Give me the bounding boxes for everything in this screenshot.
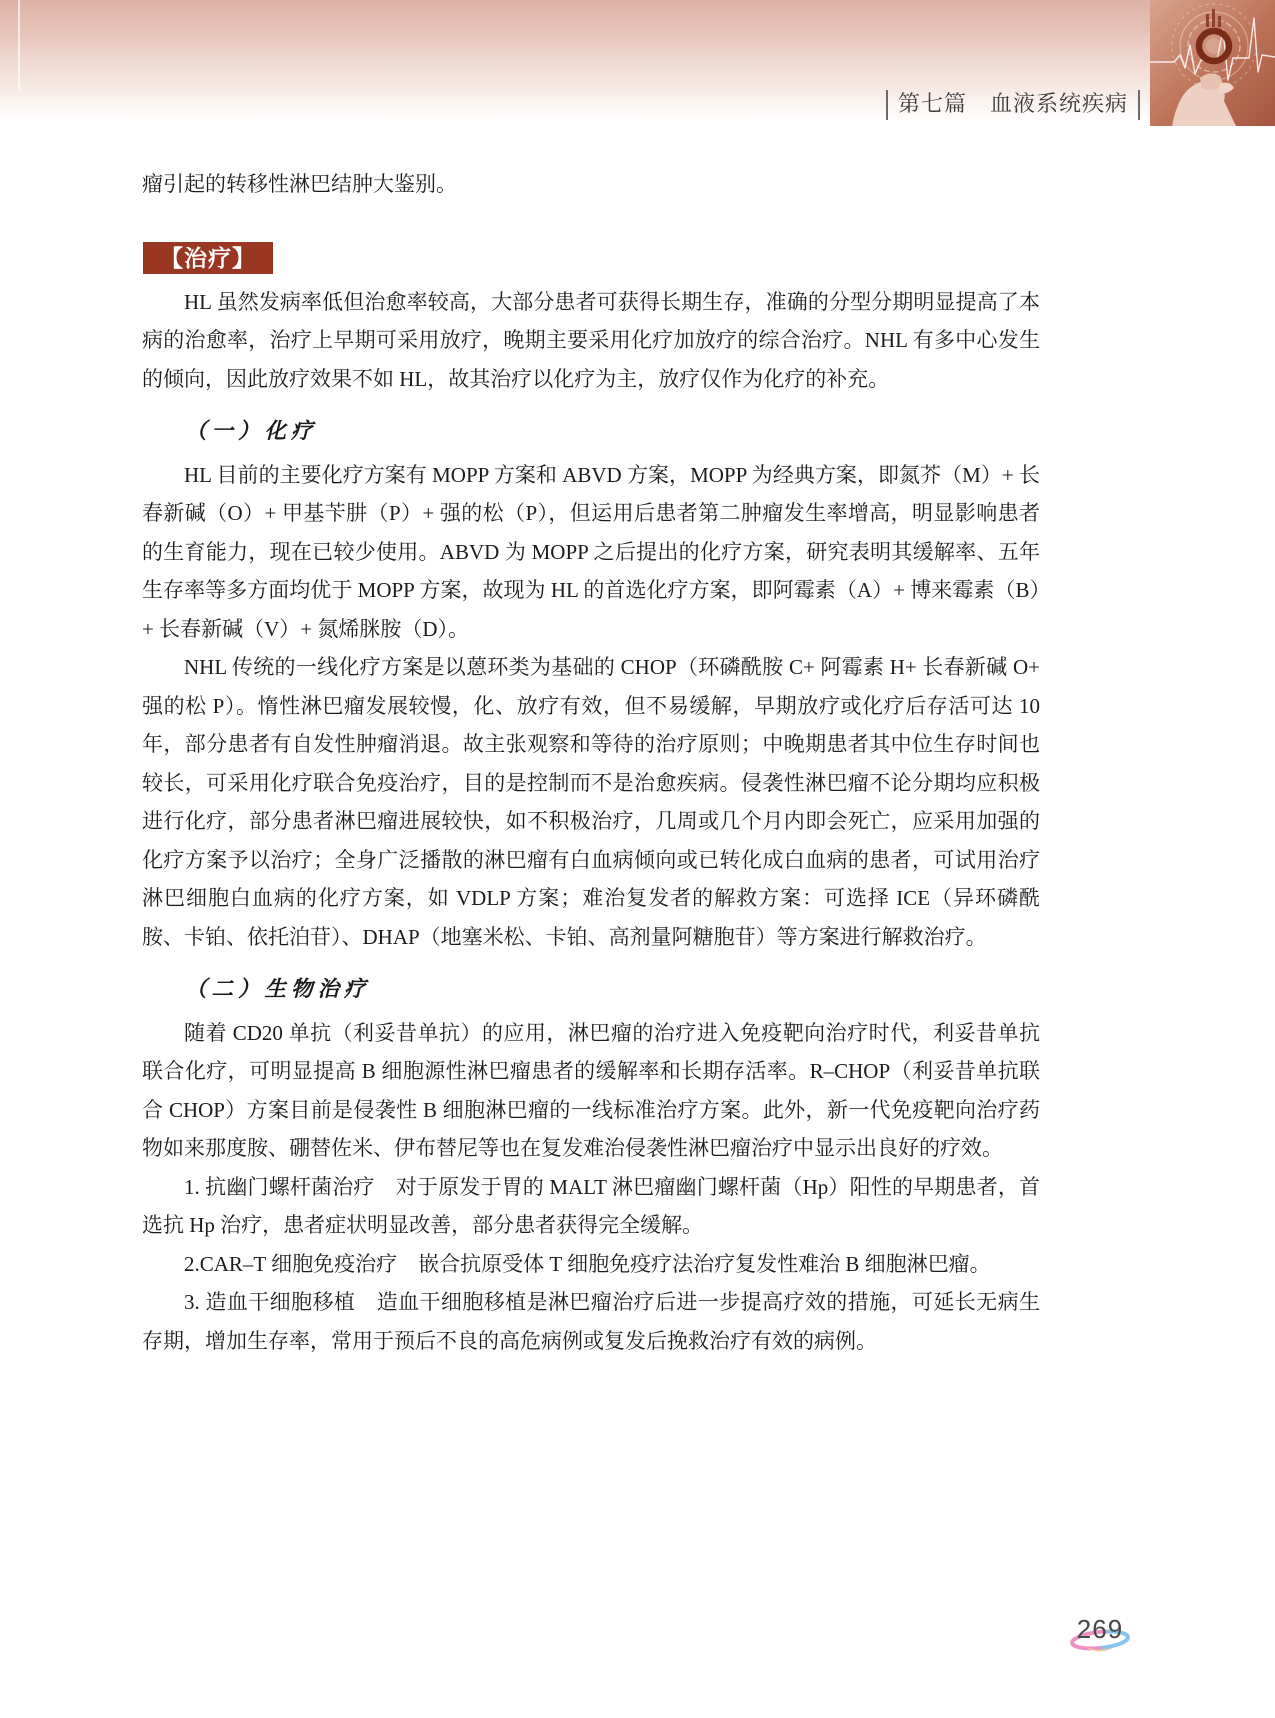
intro-paragraph: 瘤引起的转移性淋巴结肿大鉴别。 — [142, 165, 1040, 204]
page-number: 269 — [1066, 1614, 1134, 1645]
paragraph-car-t: 2.CAR–T 细胞免疫治疗 嵌合抗原受体 T 细胞免疫疗法治疗复发性难治 B … — [142, 1245, 1040, 1284]
paragraph-anti-hp: 1. 抗幽门螺杆菌治疗 对于原发于胃的 MALT 淋巴瘤幽门螺杆菌（Hp）阳性的… — [142, 1168, 1040, 1245]
treatment-section-badge: 【治疗】 — [143, 242, 273, 274]
book-page: 第七篇 血液系统疾病 瘤引起的转移性淋巴结肿大鉴别。 【治疗】 HL 虽然发病率… — [0, 0, 1275, 1718]
paragraph-overview: HL 虽然发病率低但治愈率较高，大部分患者可获得长期生存，准确的分型分期明显提高… — [142, 283, 1040, 399]
paragraph-hl-chemo: HL 目前的主要化疗方案有 MOPP 方案和 ABVD 方案，MOPP 为经典方… — [142, 456, 1040, 649]
treatment-badge-label: 【治疗】 — [160, 245, 256, 271]
subheading-chemotherapy: （一）化疗 — [142, 412, 1040, 451]
paragraph-cd20: 随着 CD20 单抗（利妥昔单抗）的应用，淋巴瘤的治疗进入免疫靶向治疗时代，利妥… — [142, 1014, 1040, 1168]
page-number-block: 269 — [1066, 1614, 1134, 1654]
subheading-biotherapy: （二）生物治疗 — [142, 970, 1040, 1009]
page-body: 瘤引起的转移性淋巴结肿大鉴别。 【治疗】 HL 虽然发病率低但治愈率较高，大部分… — [0, 0, 1275, 1360]
paragraph-nhl-chemo: NHL 传统的一线化疗方案是以蒽环类为基础的 CHOP（环磷酰胺 C+ 阿霉素 … — [142, 648, 1040, 956]
paragraph-stem-cell: 3. 造血干细胞移植 造血干细胞移植是淋巴瘤治疗后进一步提高疗效的措施，可延长无… — [142, 1283, 1040, 1360]
